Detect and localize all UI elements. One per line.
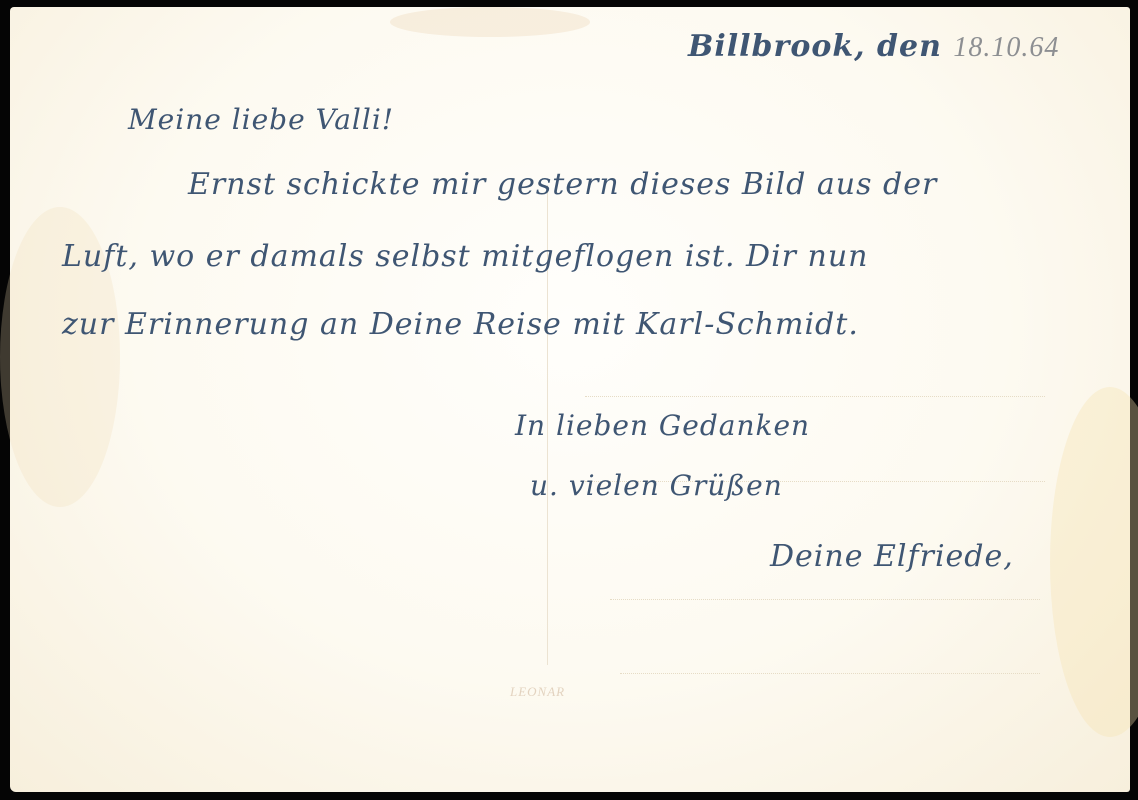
address-line-1 xyxy=(585,396,1045,397)
address-line-3 xyxy=(610,599,1040,600)
signature: Deine Elfriede, xyxy=(770,539,1014,574)
closing-line-1: In lieben Gedanken xyxy=(515,409,810,442)
date-pencil: 18.10.64 xyxy=(953,32,1059,63)
paper-stain xyxy=(1050,387,1138,737)
paper-stain xyxy=(390,7,590,37)
body-line-1: Ernst schickte mir gestern dieses Bild a… xyxy=(188,167,937,202)
brand-imprint: LEONAR xyxy=(510,684,565,700)
postcard-back: Billbrook, den 18.10.64 Meine liebe Vall… xyxy=(10,7,1130,792)
place-text: Billbrook, den xyxy=(688,29,942,64)
salutation: Meine liebe Valli! xyxy=(128,103,394,136)
body-line-3: zur Erinnerung an Deine Reise mit Karl-S… xyxy=(62,307,859,342)
body-line-2: Luft, wo er damals selbst mitgeflogen is… xyxy=(62,239,869,274)
address-line-4 xyxy=(620,673,1040,674)
closing-line-2: u. vielen Grüßen xyxy=(530,469,783,502)
place-date: Billbrook, den 18.10.64 xyxy=(688,29,1059,64)
